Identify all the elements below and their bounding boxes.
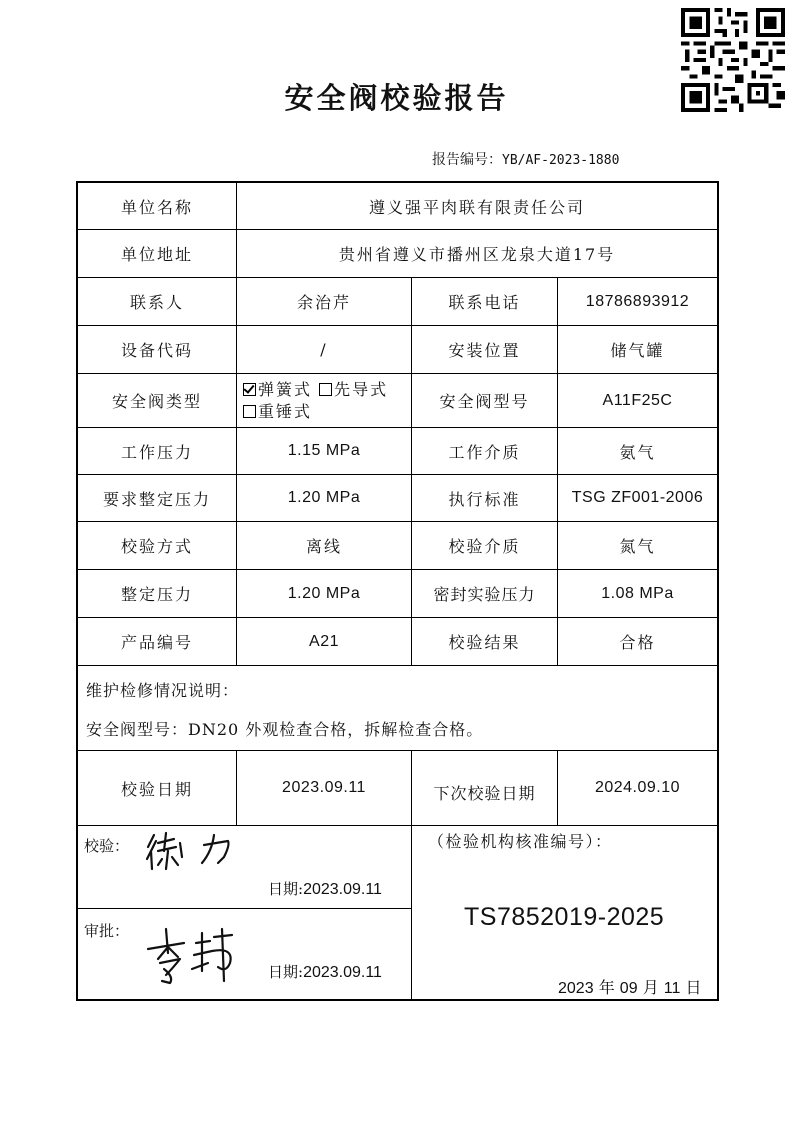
equipment-code-value: / (237, 326, 411, 373)
phone-value: 18786893912 (558, 278, 717, 325)
row-divider (78, 665, 717, 666)
valve-type-option-spring[interactable]: 弹簧式 (243, 380, 312, 399)
inspector-label: 校验： (84, 835, 129, 856)
working-pressure-value: 1.15 MPa (237, 428, 411, 474)
working-medium-label: 工作介质 (412, 428, 557, 474)
valve-model-value: A11F25C (558, 374, 717, 427)
contact-value: 余治芹 (237, 278, 411, 325)
valve-type-options: 弹簧式 先导式 重锤式 (237, 374, 411, 427)
calibration-date-value: 2023.09.11 (237, 751, 411, 825)
maintenance-title: 维护检修情况说明： (86, 678, 239, 701)
equipment-code-label: 设备代码 (78, 326, 236, 373)
unit-address-value: 贵州省遵义市播州区龙泉大道17号 (237, 230, 717, 277)
calibration-medium-label: 校验介质 (412, 522, 557, 569)
working-medium-value: 氨气 (558, 428, 717, 474)
next-date-label: 下次校验日期 (412, 759, 557, 825)
unit-name-label: 单位名称 (78, 183, 236, 229)
valve-type-label: 安全阀类型 (78, 374, 236, 427)
page-title: 安全阀校验报告 (0, 76, 793, 117)
standard-value: TSG ZF001-2006 (558, 475, 717, 521)
valve-type-option-weight[interactable]: 重锤式 (243, 402, 312, 421)
report-table: 单位名称 遵义强平肉联有限责任公司 单位地址 贵州省遵义市播州区龙泉大道17号 … (76, 181, 719, 1001)
seal-test-pressure-value: 1.08 MPa (558, 570, 717, 617)
institution-date: 2023 年 09 月 11 日 (558, 975, 702, 998)
row-divider (78, 825, 717, 826)
result-value: 合格 (558, 618, 717, 665)
calibration-medium-value: 氮气 (558, 522, 717, 569)
calibration-method-value: 离线 (237, 522, 411, 569)
approver-signature (144, 925, 244, 987)
approver-date: 日期:2023.09.11 (268, 961, 382, 982)
product-no-value: A21 (237, 618, 411, 665)
required-set-pressure-value: 1.20 MPa (237, 475, 411, 521)
unit-name-value: 遵义强平肉联有限责任公司 (237, 183, 717, 229)
checkbox-unchecked-icon[interactable] (319, 383, 332, 396)
working-pressure-label: 工作压力 (78, 428, 236, 474)
calibration-date-label: 校验日期 (78, 751, 236, 825)
seal-test-pressure-label: 密封实验压力 (412, 570, 557, 617)
valve-model-label: 安全阀型号 (412, 374, 557, 427)
install-location-value: 储气罐 (558, 326, 717, 373)
contact-label: 联系人 (78, 278, 236, 325)
install-location-label: 安装位置 (412, 326, 557, 373)
checkbox-checked-icon[interactable] (243, 383, 256, 396)
result-label: 校验结果 (412, 618, 557, 665)
row-divider (78, 908, 411, 909)
report-number: 报告编号：YB/AF-2023-1880 (432, 149, 619, 169)
next-date-value: 2024.09.10 (558, 751, 717, 825)
unit-address-label: 单位地址 (78, 230, 236, 277)
inspector-date: 日期:2023.09.11 (268, 878, 382, 899)
required-set-pressure-label: 要求整定压力 (78, 475, 236, 521)
report-number-value: YB/AF-2023-1880 (502, 153, 619, 168)
product-no-label: 产品编号 (78, 618, 236, 665)
phone-label: 联系电话 (412, 278, 557, 325)
approval-number-label: （检验机构核准编号）： (428, 829, 613, 852)
valve-type-option-pilot[interactable]: 先导式 (319, 380, 388, 399)
set-pressure-value: 1.20 MPa (237, 570, 411, 617)
standard-label: 执行标准 (412, 475, 557, 521)
maintenance-text: 安全阀型号：DN20 外观检查合格，拆解检查合格。 (86, 717, 483, 740)
set-pressure-label: 整定压力 (78, 570, 236, 617)
approval-number-value: TS7852019-2025 (464, 903, 664, 932)
approver-label: 审批： (84, 920, 129, 941)
checkbox-unchecked-icon[interactable] (243, 405, 256, 418)
calibration-method-label: 校验方式 (78, 522, 236, 569)
report-number-label: 报告编号： (432, 152, 502, 168)
inspector-signature (144, 829, 244, 873)
